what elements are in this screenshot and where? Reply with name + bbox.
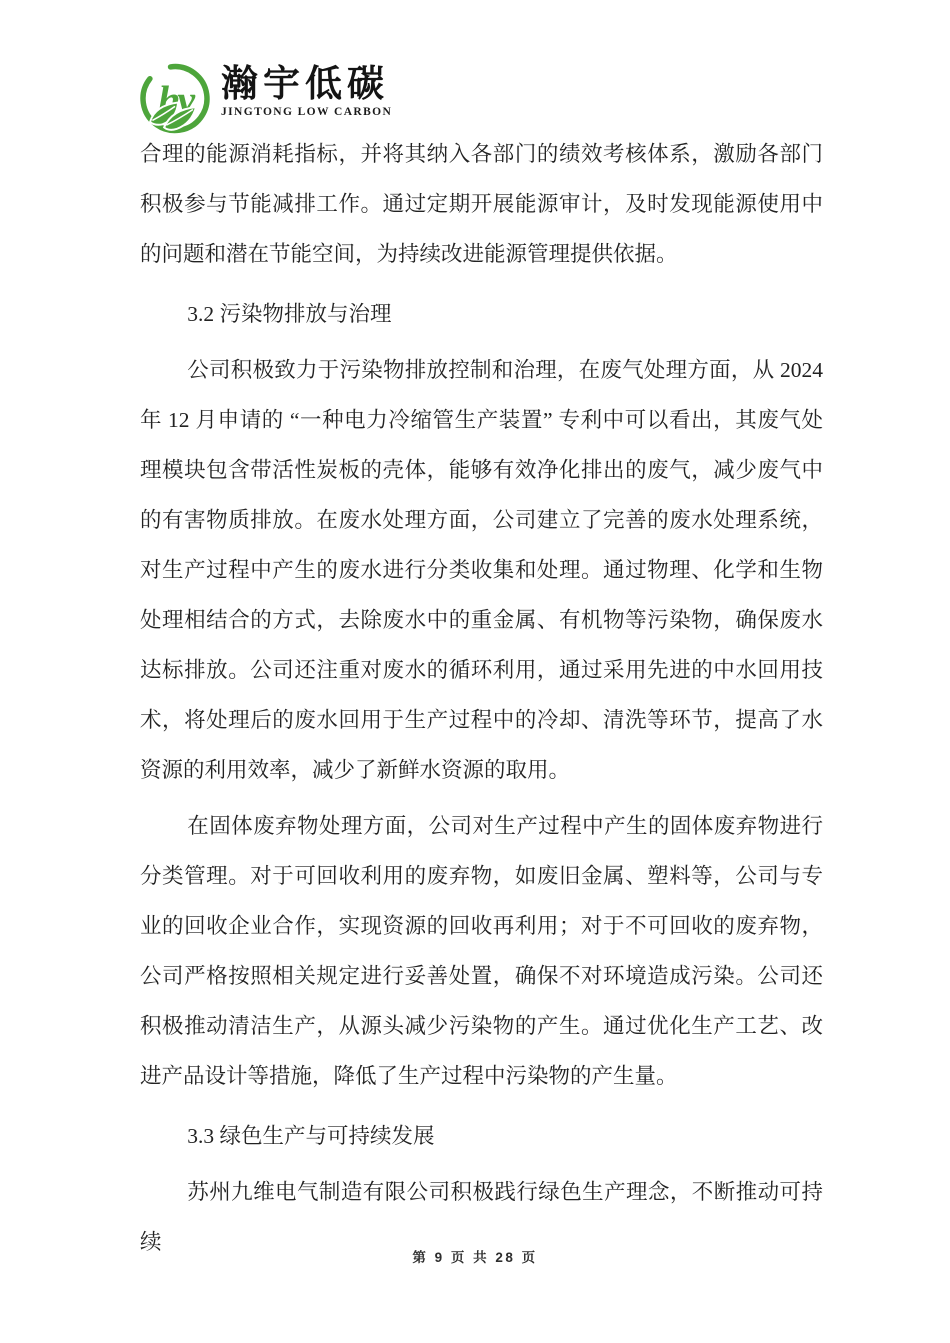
body-paragraph: 在固体废弃物处理方面，公司对生产过程中产生的固体废弃物进行分类管理。对于可回收利…	[140, 801, 823, 1101]
logo-name-chinese: 瀚宇低碳	[221, 65, 392, 102]
body-paragraph: 公司积极致力于污染物排放控制和治理，在废气处理方面，从 2024 年 12 月申…	[140, 345, 823, 795]
page-number-footer: 第 9 页 共 28 页	[0, 1246, 950, 1266]
section-heading: 3.3 绿色生产与可持续发展	[140, 1111, 823, 1161]
logo-text-block: 瀚宇低碳 JINGTONG LOW CARBON	[221, 58, 392, 118]
document-body: 合理的能源消耗指标，并将其纳入各部门的绩效考核体系，激励各部门积极参与节能减排工…	[140, 129, 823, 1273]
logo-name-english: JINGTONG LOW CARBON	[221, 106, 392, 118]
company-logo: hy 瀚宇低碳 JINGTONG LOW CARBON	[136, 58, 392, 136]
logo-leaf-circle-icon: hy	[136, 58, 214, 136]
body-paragraph: 合理的能源消耗指标，并将其纳入各部门的绩效考核体系，激励各部门积极参与节能减排工…	[140, 129, 823, 279]
section-heading: 3.2 污染物排放与治理	[140, 289, 823, 339]
